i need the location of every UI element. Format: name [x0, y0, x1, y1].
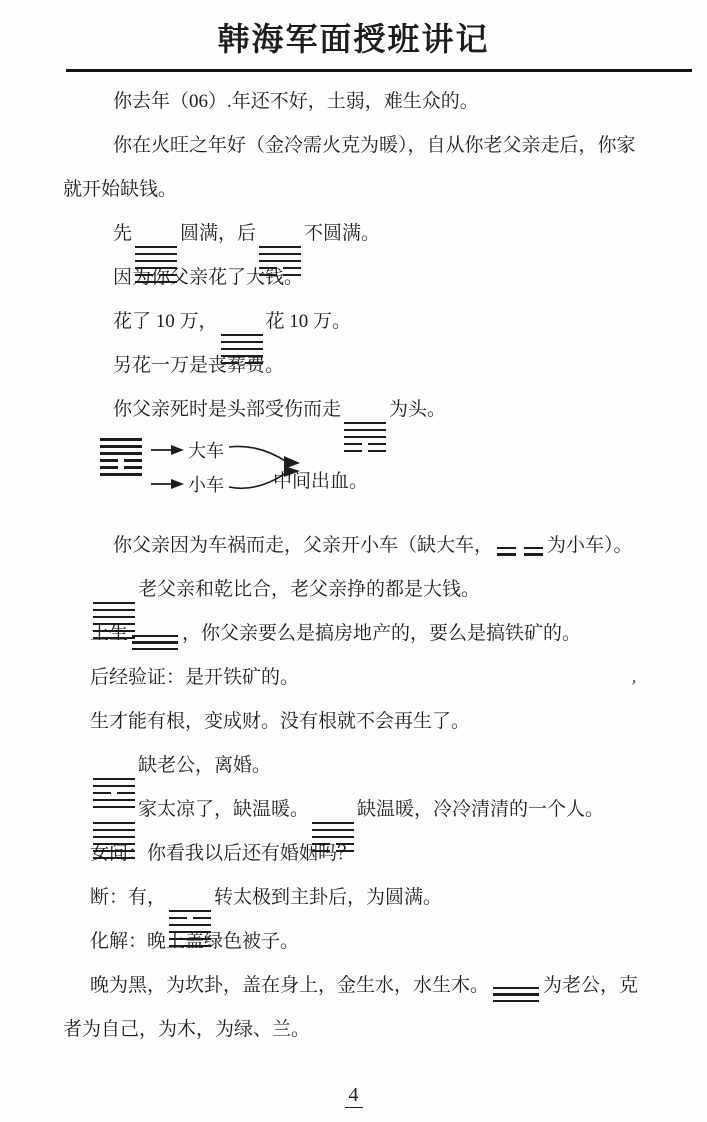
text-run: 你去年（06）.年还不好，土弱，难生众的。 [113, 91, 479, 112]
text-run: 另花一万是丧葬费。 [113, 355, 284, 376]
text-line: 老父亲和乾比合，老父亲挣的都是大钱。 [63, 568, 687, 612]
text-line: 者为自己，为木，为绿、兰。 [63, 1008, 687, 1052]
text-line: 先圆满，后不圆满。 [63, 212, 687, 256]
hexagram-symbol [493, 987, 539, 1003]
label-small-car: 小车 [188, 475, 224, 495]
diagram-caption: 中间出血。 [273, 468, 368, 496]
text-run: 你在火旺之年好（金冷需火克为暖），自从你老父亲走后，你家 [113, 135, 636, 156]
page-header: 韩海军面授班讲记 [0, 0, 707, 72]
text-run: 缺老公，离婚。 [138, 755, 271, 776]
text-run: 圆满，后 [180, 223, 256, 244]
text-run: 女问：你看我以后还有婚姻吗？ [90, 843, 356, 864]
text-run: 土生 [90, 623, 128, 644]
text-line: 化解：晚上盖绿色被子。 [63, 920, 687, 964]
page-title: 韩海军面授班讲记 [0, 14, 707, 60]
text-line: 你父亲死时是头部受伤而走为头。 [63, 388, 687, 432]
text-run: 花 10 万。 [266, 311, 352, 332]
text-run: 断：有， [90, 887, 166, 908]
text-run: 家太凉了，缺温暖。 [138, 799, 309, 820]
text-run: ，你父亲要么是搞房地产的，要么是搞铁矿的。 [182, 623, 581, 644]
text-run: 晚为黑，为坎卦，盖在身上，金生水，水生木。 [90, 975, 489, 996]
text-run: 你父亲死时是头部受伤而走 [113, 399, 341, 420]
document-body: 你去年（06）.年还不好，土弱，难生众的。你在火旺之年好（金冷需火克为暖），自从… [0, 72, 707, 1052]
text-run: 不圆满。 [304, 223, 380, 244]
text-line: 女问：你看我以后还有婚姻吗？ [63, 832, 687, 876]
arrow-right-icon [171, 479, 184, 489]
text-run: 你父亲因为车祸而走，父亲开小车（缺大车， [113, 535, 493, 556]
text-line: 你在火旺之年好（金冷需火克为暖），自从你老父亲走后，你家 [63, 124, 687, 168]
text-line: 你去年（06）.年还不好，土弱，难生众的。 [63, 80, 687, 124]
text-line: 家太凉了，缺温暖。缺温暖，冷冷清清的一个人。 [63, 788, 687, 832]
text-run: 缺温暖，冷冷清清的一个人。 [357, 799, 604, 820]
hexagram-symbol [100, 438, 142, 476]
text-line: 大车 小车 中间出血。 [63, 432, 687, 524]
page-footer: 4 [0, 1084, 707, 1108]
text-line: 花了 10 万，花 10 万。 [63, 300, 687, 344]
text-line: 土生，你父亲要么是搞房地产的，要么是搞铁矿的。 [63, 612, 687, 656]
text-line: 后经验证：是开铁矿的。 [63, 656, 687, 700]
text-run: 化解：晚上盖绿色被子。 [90, 931, 299, 952]
text-line: 生才能有根，变成财。没有根就不会再生了。 [63, 700, 687, 744]
text-run: 因为你父亲花了大钱。 [113, 267, 303, 288]
text-run: 后经验证：是开铁矿的。 [90, 667, 299, 688]
hexagram-symbol [132, 635, 178, 651]
text-run: 老父亲和乾比合，老父亲挣的都是大钱。 [138, 579, 480, 600]
text-run: 先 [113, 223, 132, 244]
text-line: 另花一万是丧葬费。 [63, 344, 687, 388]
text-run: 为老公，克 [543, 975, 638, 996]
hexagram-car-diagram: 大车 小车 中间出血。 [63, 432, 687, 524]
text-run: 转太极到主卦后，为圆满。 [214, 887, 442, 908]
text-run: 者为自己，为木，为绿、兰。 [63, 1019, 310, 1040]
document-page: 韩海军面授班讲记 你去年（06）.年还不好，土弱，难生众的。你在火旺之年好（金冷… [0, 0, 707, 1122]
text-run: 生才能有根，变成财。没有根就不会再生了。 [90, 711, 470, 732]
text-run: 为小车）。 [547, 535, 633, 556]
arrow-right-icon [171, 445, 184, 455]
text-line: 你父亲因为车祸而走，父亲开小车（缺大车，为小车）。 [63, 524, 687, 568]
text-line: 因为你父亲花了大钱。 [63, 256, 687, 300]
text-line: 断：有，转太极到主卦后，为圆满。 [63, 876, 687, 920]
text-run: 为头。 [389, 399, 446, 420]
page-number: 4 [345, 1084, 363, 1108]
text-line: 缺老公，离婚。 [63, 744, 687, 788]
text-run: 花了 10 万， [113, 311, 218, 332]
text-run: 就开始缺钱。 [63, 179, 177, 200]
text-line: 就开始缺钱。 [63, 168, 687, 212]
hexagram-symbol [497, 547, 543, 556]
label-big-car: 大车 [188, 441, 224, 461]
text-line: 晚为黑，为坎卦，盖在身上，金生水，水生木。为老公，克 [63, 964, 687, 1008]
